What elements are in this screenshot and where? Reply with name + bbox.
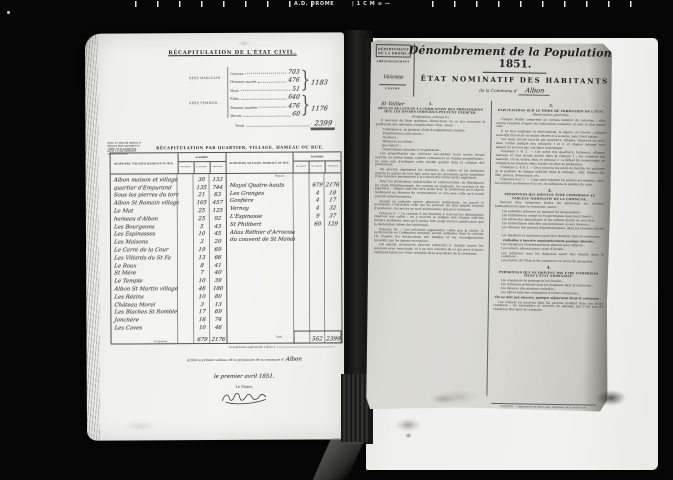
- instructions-col-1: 1. Règles relatives à l'indication des p…: [371, 99, 485, 396]
- row-quartier-name: Gonfière: [226, 198, 294, 204]
- table-left-half: QUARTIERS, VILLAGES, HAMEAUX OU RUE. NOM…: [111, 153, 227, 344]
- instruction-text-block: Les marins de l'État et du commerce en c…: [494, 259, 604, 265]
- instructions-columns: 1. Règles relatives à l'indication des p…: [365, 96, 612, 398]
- table-row: Sous les pierres du torrent 21 63: [111, 191, 226, 199]
- row-quartier-name: Les Villards du St Fa: [111, 255, 179, 261]
- row-quartier-name: Les Bourgeons: [111, 224, 179, 230]
- male-group-label: Sexe masculin . . . .: [189, 76, 227, 84]
- row-habitants: 17: [325, 198, 341, 204]
- row-habitants: 13: [210, 301, 226, 307]
- commune-value: Albon: [518, 86, 550, 95]
- col-header-nombre: NOMBRE: [178, 153, 225, 162]
- table-row: Gonfière 4 17: [226, 196, 341, 204]
- col-header-quartiers: QUARTIERS, VILLAGES, HAMEAUX OU RUE.: [226, 153, 294, 173]
- civil-row: Veufs51: [230, 84, 299, 93]
- civil-status-table: Sexe masculin . . . . Garçons703 Hommes …: [189, 66, 335, 128]
- maire-signature: [153, 389, 336, 410]
- row-habitants: 46: [210, 325, 226, 331]
- total-box: 562 2399: [293, 330, 341, 343]
- scan-ruler: A.D. DROME | 1 C M ≡ —: [0, 0, 673, 10]
- row-menages: 4: [309, 198, 325, 204]
- row-quartier-name: Les Maisons: [111, 239, 179, 245]
- civil-total-value: 2399: [311, 119, 336, 127]
- instruction-text-block: Les enfants en nourrice dont les parents…: [493, 301, 603, 314]
- col-header-nombre: NOMBRE: [294, 152, 341, 161]
- row-menages: 46: [194, 286, 210, 292]
- row-habitants: 69: [210, 247, 226, 253]
- ruler-ticks-right: [432, 1, 646, 7]
- subcol-habitants: d'habitants.: [325, 161, 341, 172]
- attestation-date: le premier avril 1851.: [213, 374, 275, 380]
- row-menages: 7: [194, 270, 210, 276]
- table-row: Jonchère 16 74: [111, 315, 226, 323]
- arrondissement-value: Valence: [383, 74, 404, 80]
- table-rows-left: Albon maison et village 30 133 quartier …: [111, 174, 226, 344]
- row-habitants: 133: [209, 177, 225, 183]
- row-habitants: 45: [209, 231, 225, 237]
- subcol-maisons: de maisons.: [294, 162, 309, 173]
- table-row: Le Carré de la Cour 19 69: [111, 245, 226, 253]
- row-quartier-name: Albon St Romain village: [110, 200, 178, 206]
- row-menages: 4: [309, 190, 325, 196]
- subcol-menages: de ménages.: [193, 162, 209, 173]
- row-quartier-name: Le Mat: [110, 208, 178, 214]
- attestation-block: Arrêté le présent tableau de la populati…: [153, 356, 336, 410]
- instruction-text-block: Colonne 9. — La colonne 9 est destinée à…: [374, 212, 484, 229]
- row-quartier-name: Les Blaches St Romble: [111, 310, 179, 316]
- civil-row: Garçons703: [230, 67, 299, 76]
- row-quartier-name: Mayol Quatre-hauts: [226, 182, 294, 188]
- row-menages: 60: [309, 221, 325, 227]
- row-habitants: 41: [210, 263, 226, 269]
- table-row: Le Roux 8 41: [111, 261, 226, 269]
- row-quartier-name: Jonchère: [111, 317, 179, 323]
- left-register-page: RÉCAPITULATION DE L'ÉTAT CIVIL. Sexe mas…: [85, 32, 346, 440]
- row-quartier-name: Albon maison et village: [110, 177, 178, 183]
- agglomerated-population-line: La population agglomérée s'élève à: [229, 345, 337, 349]
- row-quartier-name: quartier d'Empurand: [110, 185, 178, 191]
- census-printed-sheet: DÉPARTEMENT DE LA DROME. ARRONDISSEMENT …: [365, 40, 613, 413]
- female-subtotal: 1176: [311, 104, 329, 112]
- civil-row: Veuves60: [230, 109, 299, 118]
- table-row: Albon maison et village 30 133: [111, 175, 226, 183]
- row-quartier-name: Les Espinasses: [111, 232, 179, 238]
- instruction-text-block: Colonnes 6 et 7. — L'âge sera exprimé en…: [495, 178, 605, 187]
- table-header: QUARTIERS, VILLAGES, HAMEAUX OU RUE. NOM…: [111, 153, 226, 175]
- table-row: Les Bourgeons 5 43: [111, 222, 226, 230]
- row-quartier-name: Le Roux: [111, 263, 179, 269]
- quartier-recap-title: RÉCAPITULATION PAR QUARTIER, VILLAGE, HA…: [144, 144, 337, 150]
- row-quartier-name: St Philibert: [226, 221, 294, 227]
- table-row: quartier d'Empurand 135 744: [111, 183, 226, 191]
- row-habitants: 744: [209, 185, 225, 191]
- table-row: Les Espinasses 10 45: [111, 230, 226, 238]
- row-menages: 135: [194, 185, 210, 191]
- spine-shadow: [313, 438, 366, 480]
- row-menages: 3: [194, 239, 210, 245]
- row-menages: 10: [194, 294, 210, 300]
- table-row: Château Morel 3 13: [111, 300, 226, 308]
- civil-row: Hommes mariés476: [230, 75, 299, 84]
- row-habitants: 180: [210, 286, 226, 292]
- commune-line: de la Commune d' Albon: [414, 84, 615, 96]
- row-menages: 10: [194, 325, 210, 331]
- row-menages: 25: [194, 216, 210, 222]
- female-group: Sexe féminin . . . . Filles640 Femmes ma…: [189, 92, 335, 118]
- row-menages: 9: [309, 213, 325, 219]
- row-menages: 679: [309, 182, 325, 188]
- table-row: Les Maisons 3 20: [111, 237, 226, 245]
- table-row: Mayol Quatre-hauts 679 2176: [226, 180, 341, 188]
- row-quartier-name: Vernoy: [226, 206, 294, 212]
- civil-recap-title: RÉCAPITULATION DE L'ÉTAT CIVIL.: [145, 49, 320, 56]
- row-habitants: 39: [210, 278, 226, 284]
- row-habitants: 43: [209, 224, 225, 230]
- title-column: Dénombrement de la Population. 1851. ÉTA…: [414, 44, 616, 100]
- table-row: hameau d'Albon 25 92: [111, 214, 226, 222]
- row-habitants: 40: [210, 270, 226, 276]
- table-footer-left: À reporter. . . . . . 679 2176: [112, 334, 227, 344]
- table-row: St Philibert 60 129: [226, 219, 341, 227]
- row-quartier-name: St Mère: [111, 271, 179, 277]
- row-quartier-name: Sous les pierres du torrent: [110, 193, 178, 199]
- quartier-recap-table: QUARTIERS, VILLAGES, HAMEAUX OU RUE. NOM…: [110, 151, 343, 344]
- page-edge-stripes: [85, 34, 100, 441]
- row-quartier-name: Le Temple: [111, 278, 179, 284]
- row-quartier-name: Le Carré de la Cour: [111, 247, 179, 253]
- brace-glyph: }: [301, 91, 311, 118]
- row-menages: 10: [194, 231, 210, 237]
- row-habitants: 20: [210, 239, 226, 245]
- table-header: QUARTIERS, VILLAGES, HAMEAUX OU RUE. NOM…: [226, 152, 341, 174]
- civil-row: Femmes mariées476: [230, 101, 299, 110]
- table-row: Les Villards du St Fa 13 66: [111, 253, 226, 261]
- table-row: Vernoy 4 32: [226, 204, 341, 212]
- table-row: Les Blaches St Romble 17 69: [111, 307, 226, 315]
- row-habitants: 129: [325, 221, 341, 227]
- female-group-label: Sexe féminin . . . .: [189, 101, 227, 109]
- table-row: St Mère 7 40: [111, 269, 226, 277]
- row-menages: 21: [194, 192, 210, 198]
- row-menages: 105: [194, 200, 210, 206]
- row-habitants: 80: [210, 294, 226, 300]
- table-row: L'Espinasse 9 37: [226, 212, 341, 220]
- row-menages: 5: [194, 224, 210, 230]
- instruction-text-block: Les agents recenseurs devront s'attacher…: [374, 243, 484, 256]
- attestation-line: Arrêté le présent tableau de la populati…: [153, 356, 336, 363]
- male-subtotal: 1183: [311, 79, 329, 87]
- row-habitants: 92: [209, 216, 225, 222]
- row-quartier-name: hameau d'Albon: [111, 216, 179, 222]
- table-row: du couvent de St Mandrier: [226, 235, 341, 243]
- table-row: Albon St Martin village 46 180: [111, 284, 226, 292]
- row-menages: 17: [194, 309, 210, 315]
- civil-row: Filles640: [230, 92, 299, 101]
- table-row: Le Temple 10 39: [111, 276, 226, 284]
- male-group: Sexe masculin . . . . Garçons703 Hommes …: [189, 66, 335, 92]
- row-quartier-name: Les Caves: [111, 325, 179, 331]
- row-habitants: 37: [325, 213, 341, 219]
- row-menages: 4: [309, 206, 325, 212]
- arrondissement-row: ARRONDISSEMENT Valence: [375, 60, 410, 83]
- row-menages: 3: [194, 302, 210, 308]
- row-menages: 10: [194, 278, 210, 284]
- row-habitants: 66: [210, 255, 226, 261]
- scan-speck: [7, 11, 10, 14]
- row-habitants: 69: [210, 309, 226, 315]
- scale-label: | 1 C M ≡ —: [352, 1, 390, 7]
- spine-binding: [341, 374, 369, 442]
- row-menages: 19: [194, 247, 210, 253]
- row-quartier-name: Albon St Martin village: [111, 286, 179, 292]
- row-habitants: 125: [209, 208, 225, 214]
- printer-imprint: VALENCE. — Imprimerie de Borel aîné, imp…: [491, 402, 596, 409]
- department-box: DÉPARTEMENT DE LA DROME.: [376, 44, 411, 58]
- instructions-col-2: 2. Explications sur le mode de formation…: [486, 101, 606, 398]
- subcol-menages: de ménages.: [309, 161, 325, 172]
- row-quartier-name: Les Granges: [226, 190, 294, 196]
- table-row: Le Mat 25 125: [111, 206, 226, 214]
- row-habitants: 457: [209, 200, 225, 206]
- divider-rule: [379, 84, 406, 85]
- row-menages: 16: [194, 317, 210, 323]
- row-quartier-name: L'Espinasse: [226, 214, 294, 220]
- row-habitants: 18: [325, 190, 341, 196]
- canton-value: St Vallier: [380, 101, 404, 107]
- instruction-text-block: Pour les professions industrielles et co…: [375, 180, 485, 201]
- row-menages: 30: [194, 177, 210, 183]
- subcol-maisons: de maisons.: [178, 162, 193, 173]
- row-quartier-name: Château Morel: [111, 302, 179, 308]
- row-quartier-name: Alias Réthier d'Arrocosanne: [226, 229, 294, 235]
- table-rows-right: Report. . . . . . Mayol Quatre-hauts 679…: [226, 173, 341, 343]
- row-habitants: 2176: [325, 182, 341, 188]
- table-row: Les Caves 10 46: [111, 323, 226, 331]
- table-right-half: QUARTIERS, VILLAGES, HAMEAUX OU RUE. NOM…: [226, 152, 341, 343]
- table-row: Albon St Romain village 105 457: [111, 198, 226, 206]
- table-total-row: Total. . . . . . 562 2399: [227, 331, 342, 343]
- col-header-quartiers: QUARTIERS, VILLAGES, HAMEAUX OU RUE.: [111, 153, 179, 173]
- table-row: Les Rézins 10 80: [111, 292, 226, 300]
- row-menages: 13: [194, 255, 210, 261]
- row-quartier-name: Les Rézins: [111, 294, 179, 300]
- row-habitants: 32: [325, 206, 341, 212]
- row-menages: 25: [194, 208, 210, 214]
- row-quartier-name: du couvent de St Mandrier: [226, 237, 294, 243]
- sheet-header: DÉPARTEMENT DE LA DROME. ARRONDISSEMENT …: [370, 40, 613, 100]
- subcol-habitants: d'habitants.: [209, 162, 225, 173]
- archive-label: A.D. DROME: [294, 1, 334, 7]
- civil-total-row: Total 2399: [189, 119, 335, 128]
- row-habitants: 74: [210, 317, 226, 323]
- row-menages: 8: [194, 263, 210, 269]
- row-habitants: 63: [209, 192, 225, 198]
- table-row: Les Granges 4 18: [226, 188, 341, 196]
- ruler-ticks-left: [135, 1, 317, 7]
- brace-glyph: }: [301, 66, 311, 93]
- title-rule: [483, 71, 547, 73]
